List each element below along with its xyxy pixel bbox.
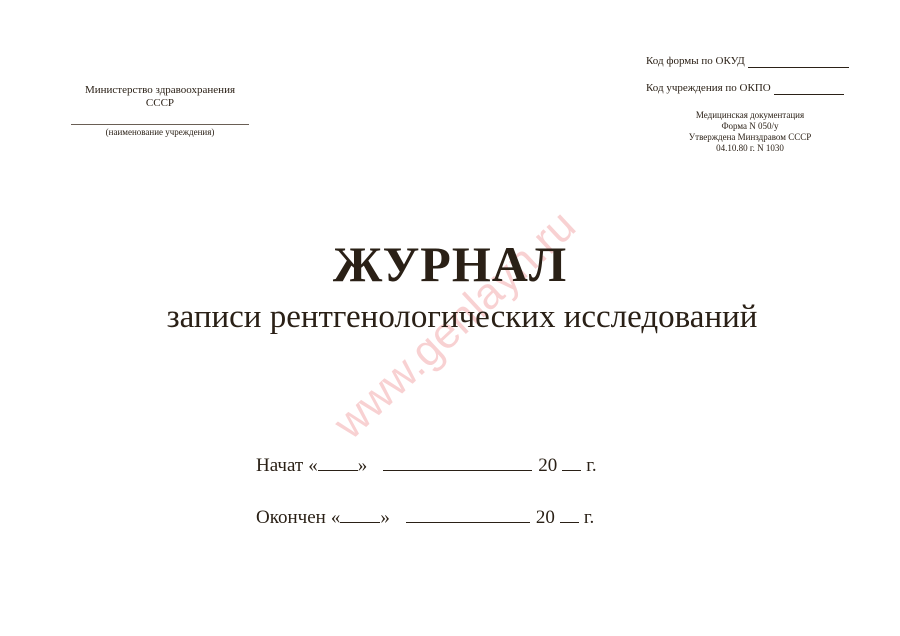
medical-documentation-label: Медицинская документация [676,110,824,121]
year-suffix: г. [584,506,594,530]
okud-code-row: Код формы по ОКУД [646,55,849,68]
started-day-field[interactable] [318,456,358,471]
finished-year-field[interactable] [560,508,579,523]
close-quote: » [380,506,390,530]
journal-title: ЖУРНАЛ [0,236,900,292]
started-date-row: Начат « » 20 г. [256,454,597,478]
year-prefix: 20 [536,506,555,530]
started-month-field[interactable] [383,456,532,471]
finished-day-field[interactable] [340,508,380,523]
form-number: Форма N 050/у [676,121,824,132]
year-suffix: г. [586,454,596,478]
finished-date-row: Окончен « » 20 г. [256,506,594,530]
approved-by: Утверждена Минздравом СССР [676,132,824,143]
ministry-block: Министерство здравоохранения СССР (наиме… [60,84,260,138]
open-quote: « [308,454,318,478]
finished-label: Окончен [256,506,326,530]
finished-month-field[interactable] [406,508,530,523]
okud-label: Код формы по ОКУД [646,55,745,68]
institution-name-caption: (наименование учреждения) [60,126,260,138]
ministry-name-line2: СССР [60,97,260,110]
journal-subtitle: записи рентгенологических исследований [0,297,900,337]
okpo-label: Код учреждения по ОКПО [646,82,771,95]
form-approval-block: Медицинская документация Форма N 050/у У… [676,110,824,154]
started-label: Начат [256,454,303,478]
approval-date: 04.10.80 г. N 1030 [676,143,824,154]
ministry-name-line1: Министерство здравоохранения [60,84,260,97]
close-quote: » [358,454,368,478]
okpo-code-row: Код учреждения по ОКПО [646,82,844,95]
okud-code-field[interactable] [748,57,849,68]
open-quote: « [331,506,341,530]
year-prefix: 20 [538,454,557,478]
started-year-field[interactable] [562,456,581,471]
institution-name-field[interactable] [71,124,249,125]
okpo-code-field[interactable] [774,84,844,95]
